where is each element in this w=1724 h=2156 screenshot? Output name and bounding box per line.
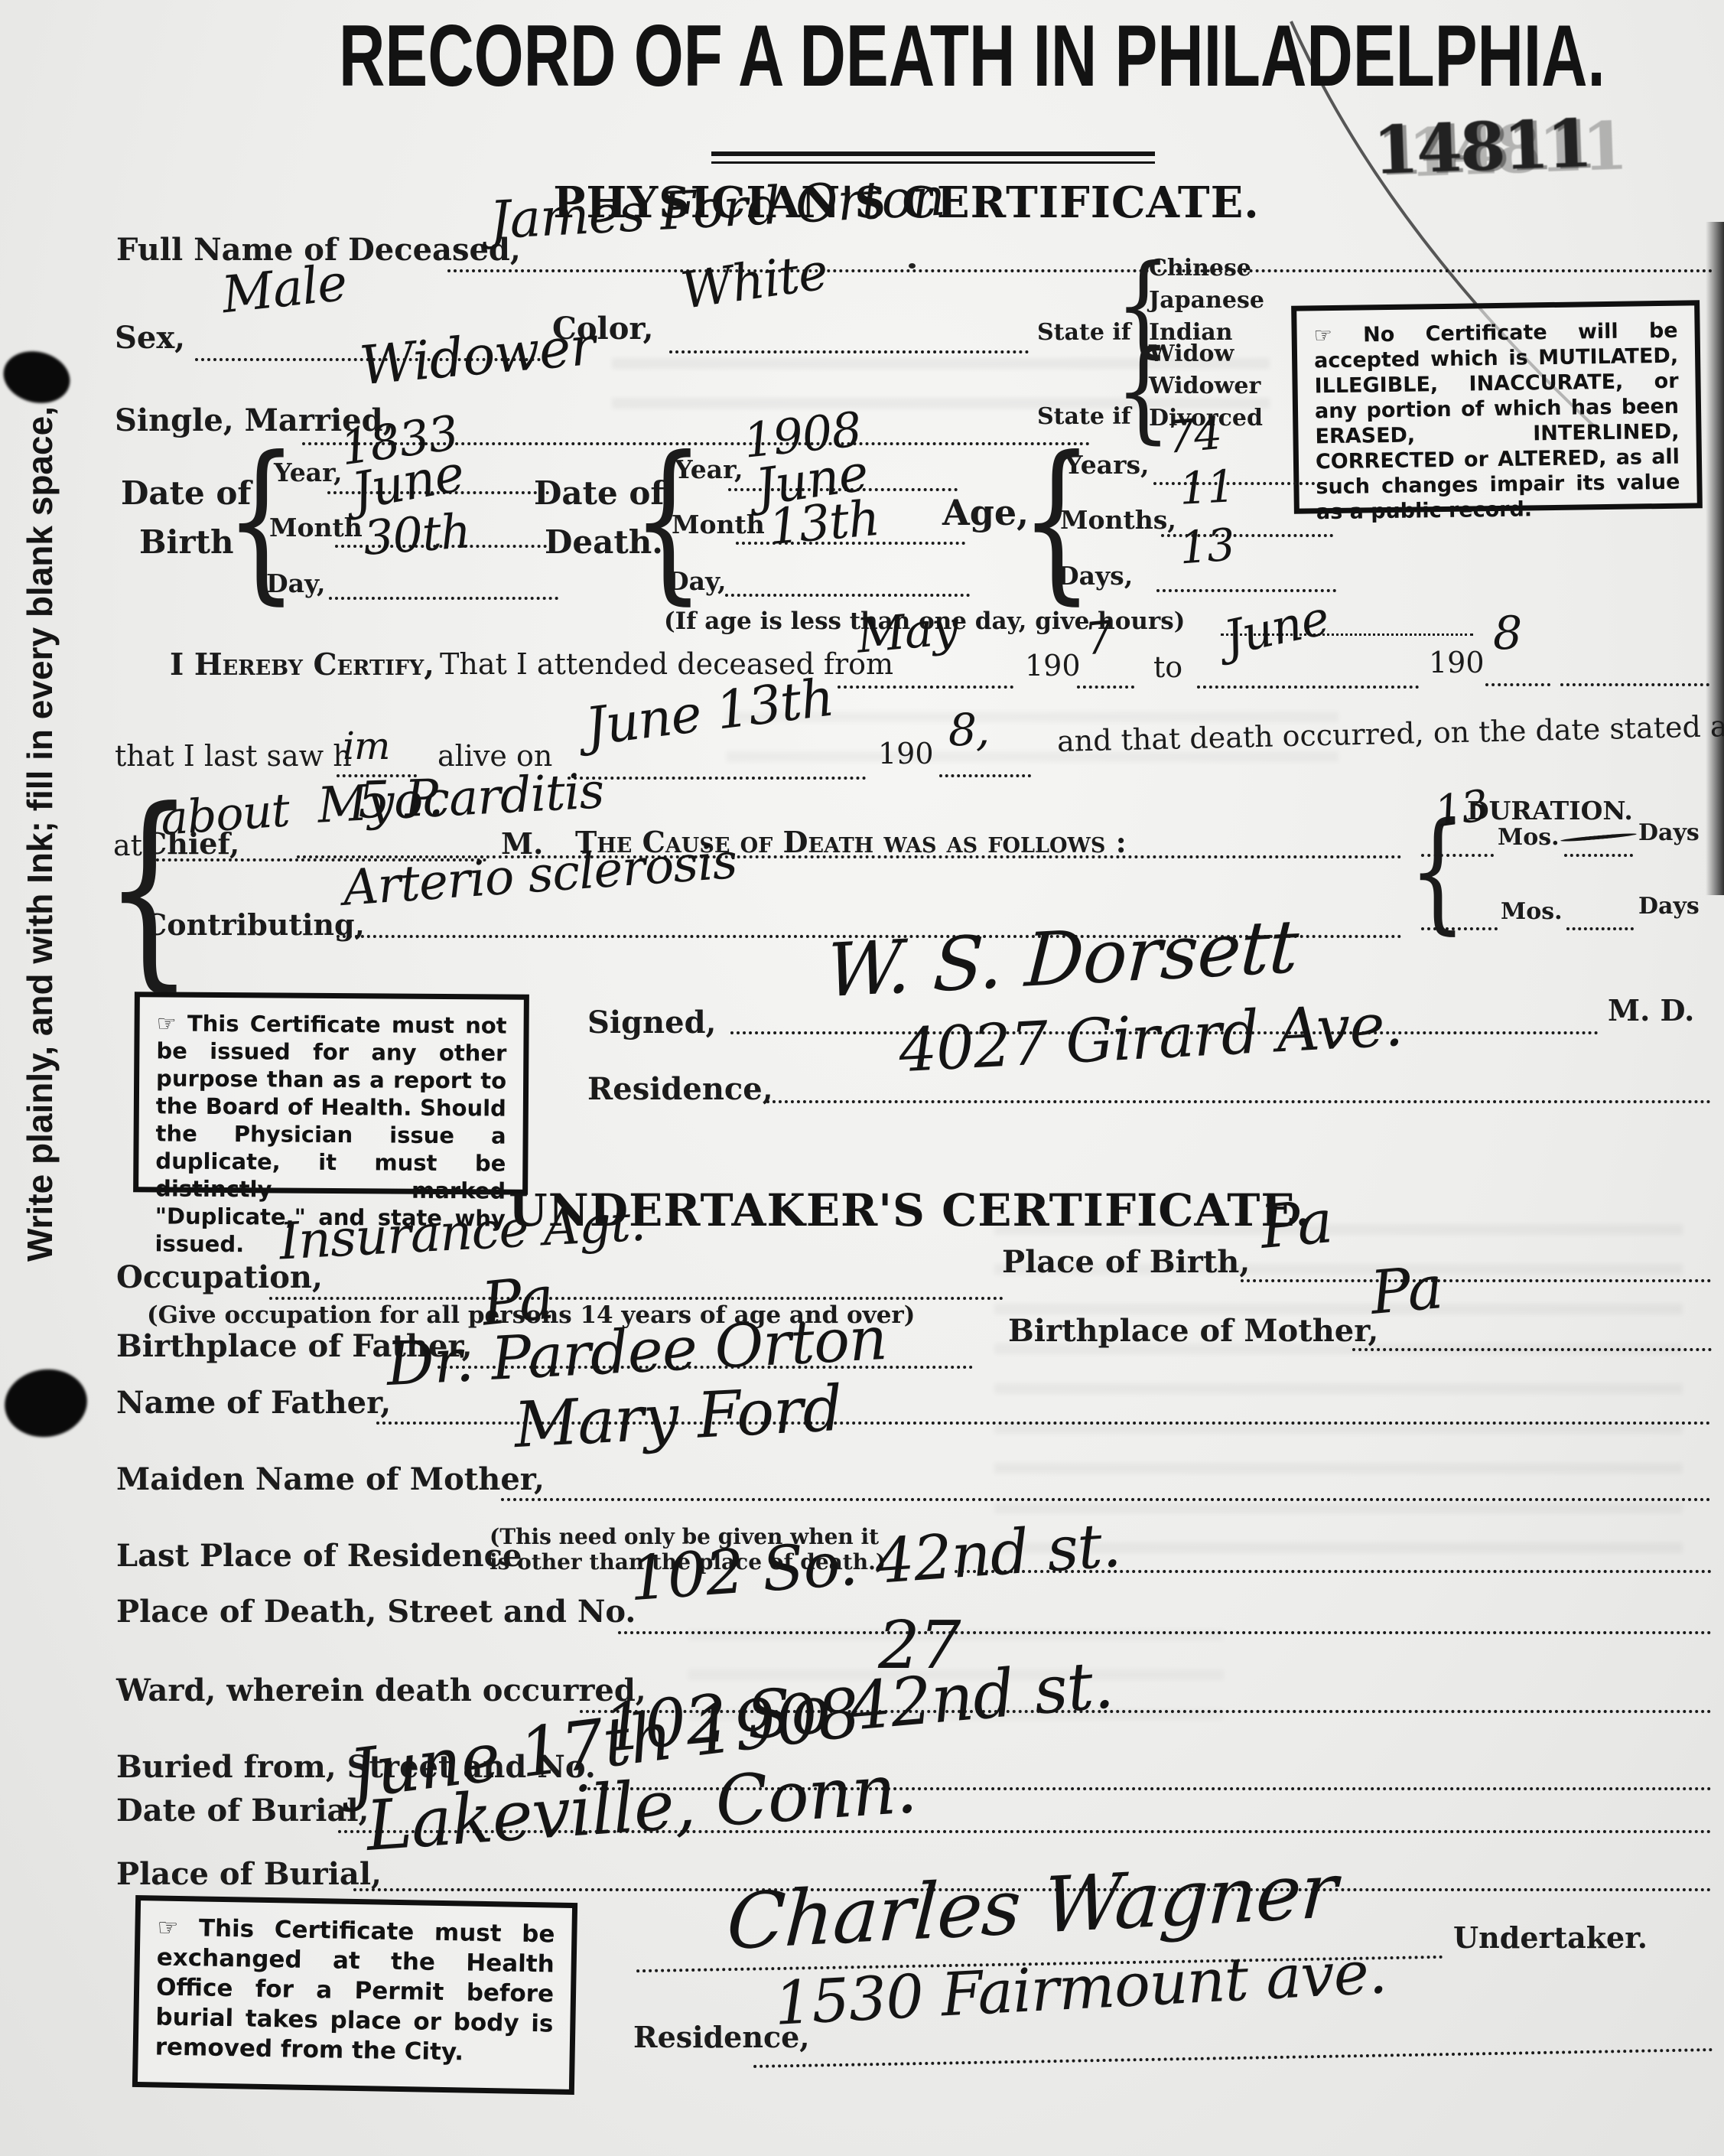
mother-birthplace-line	[1352, 1348, 1712, 1351]
ward-label: Ward, wherein death occurred,	[116, 1674, 646, 1708]
birth-month-label: Month	[269, 514, 363, 542]
chief-mos-line	[1421, 854, 1494, 857]
age-years-label: Years,	[1065, 451, 1150, 479]
race-option: Chinese	[1149, 252, 1264, 285]
marital-option: Widow	[1149, 338, 1263, 370]
race-option: Japanese	[1149, 285, 1264, 317]
death-year-label: Year,	[675, 456, 743, 484]
attended-from-line	[838, 686, 1013, 689]
place-of-birth-value: Pa	[1258, 1192, 1335, 1258]
contributing-days-line	[1566, 927, 1634, 930]
chief-cause-value: Myocarditis	[317, 767, 605, 831]
title-rule	[711, 151, 1155, 164]
place-of-birth-label: Place of Birth,	[1002, 1246, 1250, 1279]
age-days-value: 13	[1178, 523, 1236, 571]
no-certificate-accepted-notice: ☞ No Certificate will be accepted which …	[1291, 300, 1703, 513]
chief-days-line	[1564, 854, 1633, 857]
mother-maiden-label: Maiden Name of Mother,	[116, 1463, 545, 1496]
attended-to-month: June	[1220, 594, 1332, 662]
physician-residence-label: Residence,	[587, 1073, 773, 1106]
death-day-label: Day,	[667, 568, 727, 595]
signed-label: Signed,	[587, 1006, 716, 1040]
burial-date-label: Date of Burial,	[116, 1794, 369, 1828]
attended-from-month: May	[855, 604, 960, 660]
contributing-cause-value: Arterio sclerosis	[341, 837, 738, 914]
age-label: Age,	[942, 493, 1029, 532]
margin-instruction: Write plainly, and with Ink; fill in eve…	[8, 252, 72, 1415]
to-year-line	[1485, 683, 1550, 686]
marital-value: Widower	[358, 319, 597, 393]
full-name-line	[447, 269, 1713, 272]
century-3: 190	[878, 738, 934, 770]
chief-mos-label: Mos.	[1498, 825, 1560, 850]
contributing-days-label: Days	[1638, 894, 1700, 919]
physician-residence-line	[766, 1100, 1711, 1103]
age-months-value: 11	[1179, 464, 1236, 511]
age-months-label: Months,	[1060, 506, 1176, 534]
father-name-label: Name of Father,	[116, 1386, 391, 1420]
age-years-value: 74	[1165, 411, 1224, 460]
death-day-line	[725, 594, 970, 597]
ink-speck	[909, 263, 916, 269]
color-value: White	[678, 246, 830, 317]
duration-heading: DURATION.	[1467, 797, 1633, 825]
date-of-birth-label2: Birth	[139, 525, 234, 560]
place-of-birth-line	[1241, 1279, 1711, 1282]
death-day-value: 13th	[766, 494, 880, 552]
mother-maiden-line	[501, 1498, 1711, 1501]
birth-day-line	[329, 597, 558, 600]
duration-dash-stroke	[1560, 832, 1637, 843]
certify-lead: I Hereby Certify,	[170, 649, 434, 682]
death-month-label: Month	[672, 511, 765, 539]
mother-maiden-value: Mary Ford	[512, 1378, 844, 1457]
contributing-mos-line	[1421, 927, 1498, 930]
page-title: RECORD OF A DEATH IN PHILADELPHIA.	[339, 6, 1405, 106]
chief-days-label: Days	[1638, 820, 1700, 845]
century-1: 190	[1025, 650, 1081, 682]
attended-to-year: 8	[1493, 611, 1521, 656]
md-label: M. D.	[1608, 995, 1694, 1027]
him-value: im	[343, 727, 389, 765]
from-year-line	[1077, 686, 1134, 689]
undertaker-suffix-label: Undertaker.	[1453, 1922, 1648, 1954]
century-2: 190	[1429, 647, 1485, 679]
chief-label: Chief,	[144, 828, 239, 860]
undertaker-residence-line	[753, 2048, 1713, 2068]
to-label: to	[1153, 652, 1182, 684]
contributing-mos-label: Mos.	[1501, 899, 1563, 924]
attended-to-line	[1197, 686, 1419, 689]
contributing-label: Contributing,	[144, 909, 365, 941]
last-seen-year: 8,	[948, 708, 989, 752]
death-certificate-sheet: Write plainly, and with Ink; fill in eve…	[0, 0, 1724, 2156]
sex-value: Male	[220, 258, 349, 321]
birth-day-value: 30th	[362, 507, 472, 562]
birth-year-label: Year,	[274, 459, 343, 487]
last-residence-label: Last Place of Residence	[116, 1539, 522, 1573]
occupation-line	[269, 1297, 1003, 1300]
physician-residence-value: 4027 Girard Ave.	[897, 995, 1404, 1081]
last-seen-line	[568, 777, 866, 780]
must-be-exchanged-notice: ☞ This Certificate must be exchanged at …	[132, 1895, 577, 2095]
death-place-label: Place of Death, Street and No.	[116, 1595, 636, 1629]
mother-birthplace-label: Birthplace of Mother,	[1008, 1314, 1378, 1348]
death-place-line	[618, 1631, 1712, 1634]
line1-trailing-line	[1560, 683, 1709, 686]
color-line	[669, 350, 1029, 353]
mother-birthplace-value: Pa	[1368, 1258, 1445, 1324]
chief-duration-months: 13	[1432, 784, 1490, 834]
burial-place-label: Place of Burial,	[116, 1858, 382, 1891]
sex-label: Sex,	[115, 321, 185, 355]
scan-dark-edge	[1706, 222, 1724, 895]
physician-signature: W. S. Dorsett	[825, 910, 1300, 1008]
cause-brace: {	[104, 782, 194, 995]
certificate-number-stamp: 14811	[1371, 105, 1592, 190]
age-days-label: Days,	[1057, 562, 1133, 590]
must-not-be-issued-notice: ☞ This Certificate must not be issued fo…	[133, 992, 529, 1195]
marital-option: Widower	[1149, 370, 1263, 402]
attended-from-year: 7	[1082, 614, 1114, 661]
birth-day-label: Day,	[266, 570, 326, 598]
seen-year-line	[939, 774, 1031, 777]
